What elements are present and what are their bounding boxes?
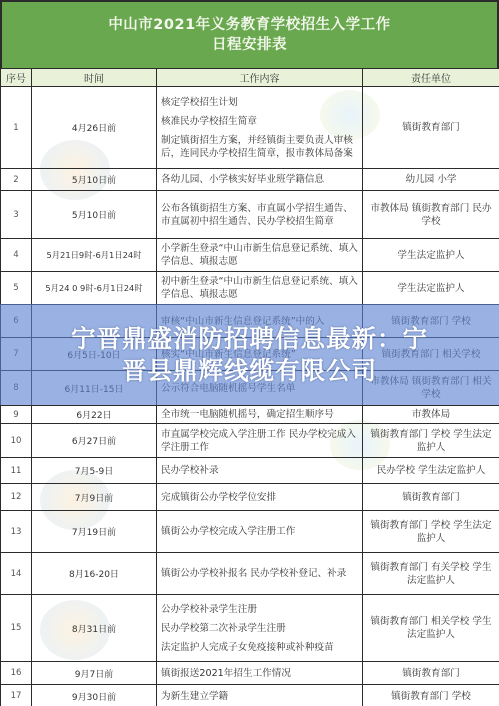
row-content: 各幼儿园、小学核实好毕业班学籍信息 [157,169,363,191]
row-content: 为新生建立学籍 [157,685,363,706]
row-number: 11 [1,458,32,484]
row-number: 14 [1,553,32,595]
row-time: 8月16-20日 [32,553,157,595]
table-row: 9 6月22日 全市统一电脑随机摇号，确定招生顺序号 市教体局 [1,406,499,424]
row-content: 镇街公办学校完成入学注册工作 [157,511,363,553]
content-line: 公办学校补录学生注册 [161,603,358,616]
row-content: 全市统一电脑随机摇号，确定招生顺序号 [157,406,363,424]
table-row: 11 7月5-9日 民办学校补录 民办学校 学生法定监护人 [1,458,499,484]
row-number: 17 [1,685,32,706]
row-time: 8月31日前 [32,595,157,662]
table-row: 14 8月16-20日 镇街公办学校补报名 民办学校补登记、补录 镇街教育部门 … [1,553,499,595]
header-time: 时间 [32,69,157,87]
row-number: 5 [1,272,32,305]
table-row: 2 5月10日前 各幼儿园、小学核实好毕业班学籍信息 幼儿园 小学 [1,169,499,191]
row-number: 2 [1,169,32,191]
row-unit: 市教体局 [363,406,499,424]
row-content: 市直属学校完成入学注册工作 民办学校完成入学注册工作 [157,424,363,458]
row-time: 6月22日 [32,406,157,424]
row-number: 15 [1,595,32,662]
row-time: 7月9日前 [32,484,157,511]
title-line-1: 中山市2021年义务教育学校招生入学工作 [108,15,390,35]
row-content: 民办学校补录 [157,458,363,484]
row-time: 5月24 0 9时-6月1日24时 [32,272,157,305]
headline-line-1: 宁晋鼎盛消防招聘信息最新：宁 [33,323,466,355]
table-row: 5 5月24 0 9时-6月1日24时 初中新生登录“中山市新生信息登记系统、填… [1,272,499,305]
headline-line-2: 晋县鼎辉线缆有限公司 [84,355,415,387]
table-row: 15 8月31日前 公办学校补录学生注册 民办学校第二次补录学生注册 法定监护人… [1,595,499,662]
row-unit: 镇街教育部门 学校 学生法定监护人 [363,424,499,458]
header-number: 序号 [1,69,32,87]
content-line: 民办学校第二次补录学生注册 [161,622,358,635]
row-number: 3 [1,191,32,239]
header-unit: 责任单位 [363,69,499,87]
row-number: 13 [1,511,32,553]
row-unit: 学生法定监护人 [363,239,499,272]
header-content: 工作内容 [157,69,363,87]
row-number: 16 [1,662,32,685]
table-row: 10 6月27日前 市直属学校完成入学注册工作 民办学校完成入学注册工作 镇街教… [1,424,499,458]
row-content: 初中新生登录“中山市新生信息登记系统、填入学信息、填报志愿 [157,272,363,305]
document-page: 中山市2021年义务教育学校招生入学工作 日程安排表 序号 时间 工作内容 责任… [0,0,499,706]
row-time: 6月27日前 [32,424,157,458]
table-title: 中山市2021年义务教育学校招生入学工作 日程安排表 [0,0,499,68]
row-content: 核定学校招生计划 核准民办学校招生简章 制定镇街招生方案，并经镇街主要负责人审核… [157,87,363,169]
row-time: 5月10日前 [32,169,157,191]
table-row: 12 7月9日前 完成镇街公办学校学位安排 镇街教育部门 [1,484,499,511]
row-unit: 镇街教育部门 [363,87,499,169]
content-line: 核准民办学校招生简章 [161,115,358,128]
row-unit: 镇街教育部门 [363,662,499,685]
row-unit: 镇街教育部门 学校 学生法定监护人 [363,511,499,553]
row-unit: 幼儿园 小学 [363,169,499,191]
title-line-2: 日程安排表 [212,35,287,55]
table-row: 3 5月10日前 公布各镇街招生方案、市直属小学招生通告、市直属初中招生通告、民… [1,191,499,239]
row-unit: 镇街教育部门 学校 [363,685,499,706]
headline-overlay-banner: 宁晋鼎盛消防招聘信息最新：宁 晋县鼎辉线缆有限公司 [0,304,499,405]
row-content: 镇街报送2021年招生工作情况 [157,662,363,685]
row-time: 5月10日前 [32,191,157,239]
header-row: 序号 时间 工作内容 责任单位 [1,69,499,87]
table-row: 13 7月19日前 镇街公办学校完成入学注册工作 镇街教育部门 学校 学生法定监… [1,511,499,553]
row-content: 镇街公办学校补报名 民办学校补登记、补录 [157,553,363,595]
row-time: 9月7日前 [32,662,157,685]
row-time: 9月30日前 [32,685,157,706]
row-unit: 镇街教育部门 有关学校 学生法定监护人 [363,553,499,595]
content-line: 制定镇街招生方案，并经镇街主要负责人审核后，连同民办学校招生简章，报市教体局备案 [161,134,358,160]
row-content: 小学新生登录“中山市新生信息登记系统、填入学信息、填报志愿 [157,239,363,272]
row-content: 完成镇街公办学校学位安排 [157,484,363,511]
row-content: 公布各镇街招生方案、市直属小学招生通告、市直属初中招生通告、民办学校招生简章 [157,191,363,239]
content-line: 法定监护人完成子女免疫接种或补种疫苗 [161,641,358,654]
row-unit: 市教体局 镇街教育部门 民办学校 [363,191,499,239]
table-row: 16 9月7日前 镇街报送2021年招生工作情况 镇街教育部门 [1,662,499,685]
row-unit: 学生法定监护人 [363,272,499,305]
row-number: 9 [1,406,32,424]
table-row: 4 5月21日9时-6月1日24时 小学新生登录“中山市新生信息登记系统、填入学… [1,239,499,272]
row-unit: 民办学校 学生法定监护人 [363,458,499,484]
row-content: 公办学校补录学生注册 民办学校第二次补录学生注册 法定监护人完成子女免疫接种或补… [157,595,363,662]
row-unit: 镇街教育部门 相关学校 学生法定监护人 [363,595,499,662]
row-time: 4月26日前 [32,87,157,169]
row-time: 7月5-9日 [32,458,157,484]
table-row: 17 9月30日前 为新生建立学籍 镇街教育部门 学校 [1,685,499,706]
content-line: 核定学校招生计划 [161,96,358,109]
row-number: 10 [1,424,32,458]
row-time: 7月19日前 [32,511,157,553]
row-number: 4 [1,239,32,272]
row-number: 12 [1,484,32,511]
row-number: 1 [1,87,32,169]
row-time: 5月21日9时-6月1日24时 [32,239,157,272]
row-unit: 镇街教育部门 [363,484,499,511]
table-row: 1 4月26日前 核定学校招生计划 核准民办学校招生简章 制定镇街招生方案，并经… [1,87,499,169]
